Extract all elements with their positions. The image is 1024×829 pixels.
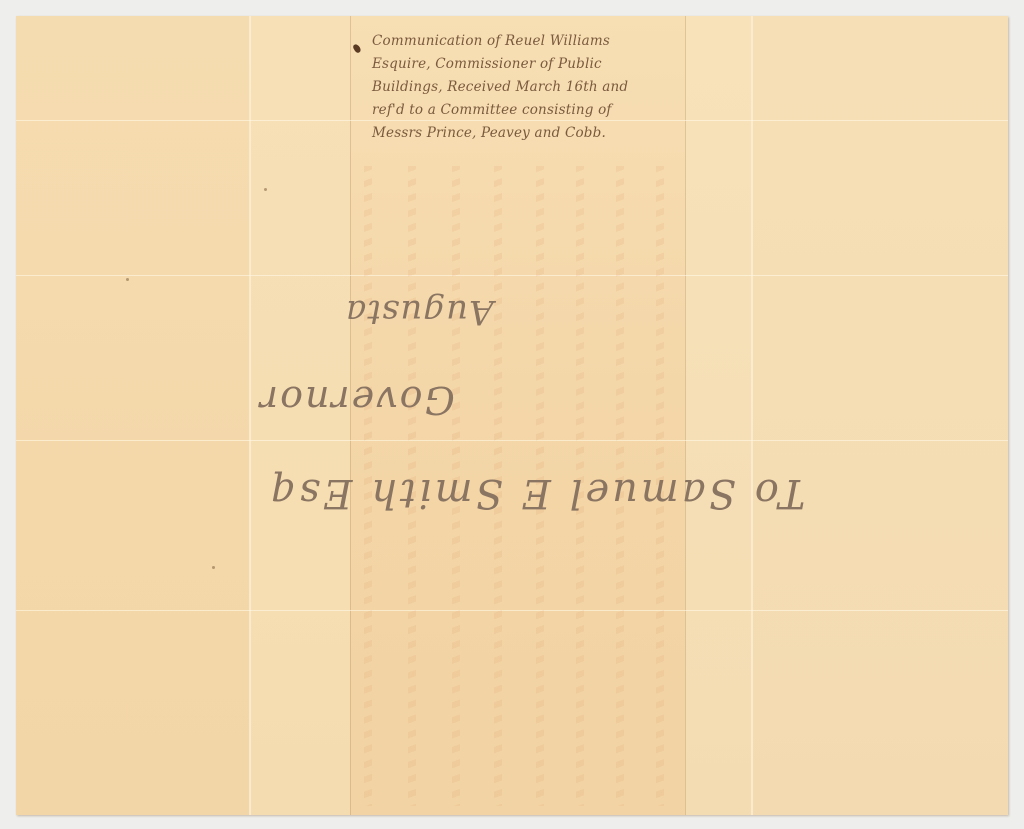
docket-line: ref'd to a Committee consisting of <box>372 99 692 122</box>
fold-line <box>751 16 753 815</box>
paper-panel-left <box>16 16 250 815</box>
docket-line: Esquire, Commissioner of Public <box>372 53 692 76</box>
fold-line <box>16 275 1008 276</box>
docket-line: Communication of Reuel Williams <box>372 30 692 53</box>
docket-line: Messrs Prince, Peavey and Cobb. <box>372 122 692 145</box>
docket-text: Communication of Reuel Williams Esquire,… <box>372 30 692 145</box>
address-place: Augusta <box>345 292 494 332</box>
paper-speck <box>126 278 129 281</box>
paper-panel-right-inner <box>685 16 751 815</box>
fold-line <box>16 610 1008 611</box>
fold-line <box>16 440 1008 441</box>
paper-speck <box>264 188 267 191</box>
fold-line <box>249 16 251 815</box>
docket-line: Buildings, Received March 16th and <box>372 76 692 99</box>
paper-panel-right <box>751 16 1008 815</box>
address-recipient: To Samuel E Smith Esq <box>268 470 805 516</box>
paper-speck <box>212 566 215 569</box>
address-title: Governor <box>258 378 455 422</box>
